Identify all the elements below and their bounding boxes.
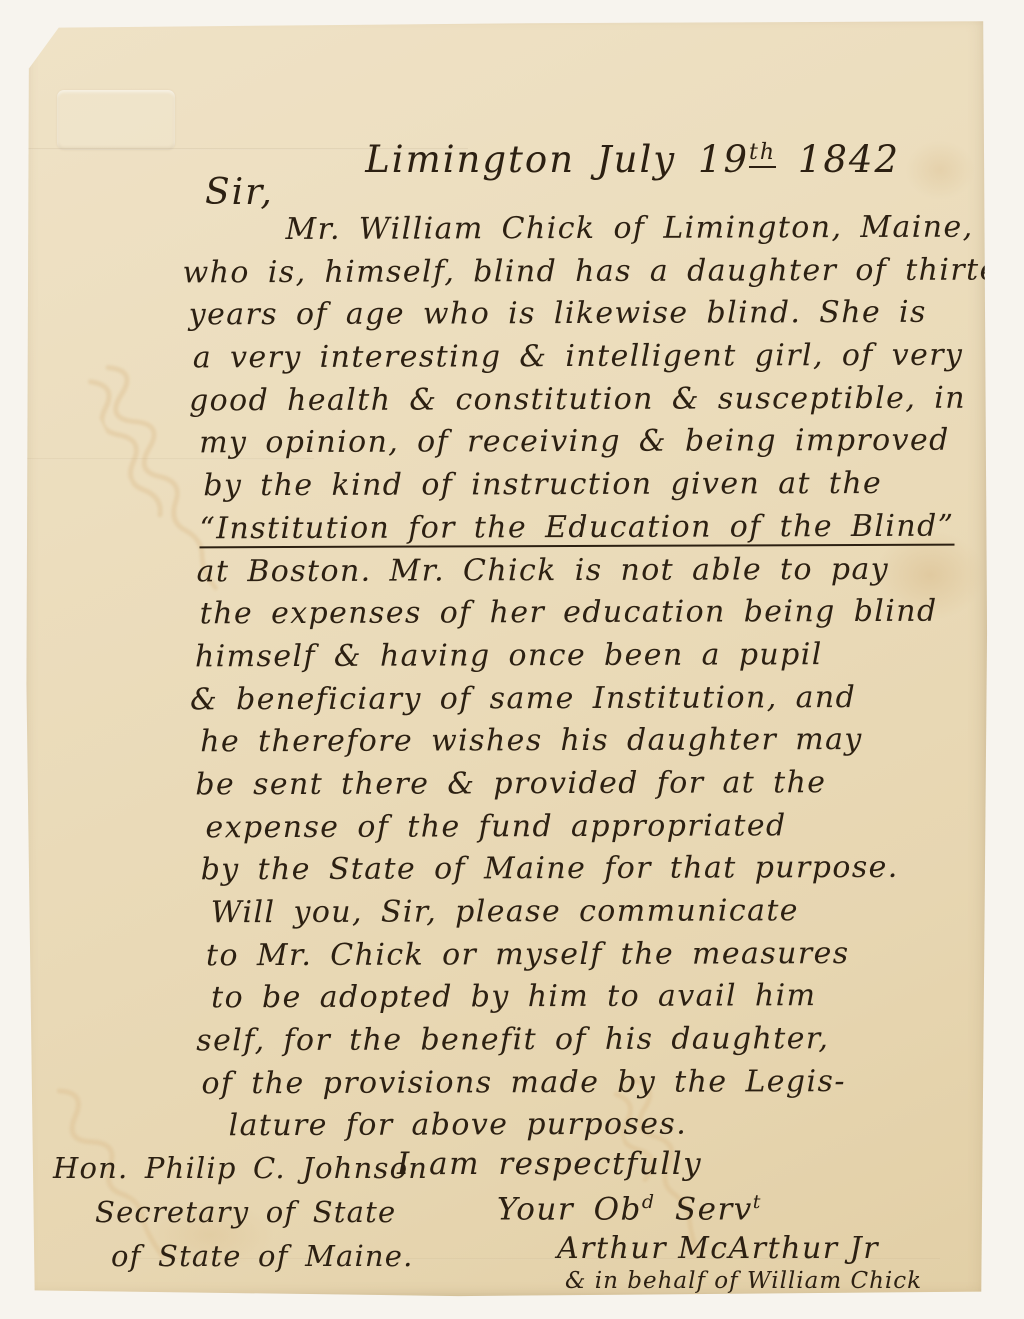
handwritten-line: expense of the fund appropriated [162, 804, 990, 850]
handwritten-line: Will you, Sir, please communicate [163, 890, 991, 936]
handwritten-line: who is, himself, blind has a daughter of… [161, 249, 989, 295]
handwritten-line: years of age who is likewise blind. She … [161, 292, 989, 338]
closing-block: I am respectfully Your Obd Servt Arthur … [397, 1146, 922, 1294]
recipient-address-block: Hon. Philip C. Johnson Secretary of Stat… [53, 1146, 428, 1278]
dateline-year: 1842 [776, 138, 900, 181]
handwritten-line: himself & having once been a pupil [162, 633, 990, 679]
letter-paper: Limington July 19th 1842 Sir, Mr. Willia… [25, 20, 988, 1298]
embossed-stamp [57, 90, 175, 150]
closing-sup-t: t [753, 1191, 762, 1213]
closing-sup-d: d [642, 1191, 656, 1213]
handwritten-line: the expenses of her education being blin… [162, 591, 990, 637]
handwritten-line: he therefore wishes his daughter may [162, 719, 990, 765]
dateline-place-date: Limington July 19 [365, 138, 749, 181]
handwritten-line: & beneficiary of same Institution, and [162, 676, 990, 722]
handwritten-line: lature for above purposes. [163, 1103, 991, 1149]
signature-note: & in behalf of William Chick [397, 1268, 922, 1294]
signature: Arthur McArthur Jr [397, 1231, 922, 1266]
handwritten-line: a very interesting & intelligent girl, o… [161, 335, 989, 381]
closing-serv: Serv [656, 1191, 753, 1227]
handwritten-line: by the kind of instruction given at the [161, 463, 989, 509]
handwritten-line: self, for the benefit of his daughter, [163, 1018, 991, 1064]
handwritten-line: “Institution for the Education of the Bl… [161, 505, 989, 551]
handwritten-line: at Boston. Mr. Chick is not able to pay [162, 548, 990, 594]
ink-bleed-through [1017, 102, 1024, 527]
dateline-superscript: th [749, 140, 776, 168]
letter-body: Mr. William Chick of Limington, Maine,wh… [160, 207, 991, 1149]
letter-dateline: Limington July 19th 1842 [365, 138, 900, 181]
handwritten-line: my opinion, of receiving & being improve… [161, 420, 989, 466]
handwritten-line: be sent there & provided for at the [162, 761, 990, 807]
handwritten-line: good health & constitution & susceptible… [161, 377, 989, 423]
paper-stain [905, 140, 975, 200]
closing-your-ob: Your Ob [497, 1191, 642, 1227]
scanned-letter: Limington July 19th 1842 Sir, Mr. Willia… [0, 0, 1024, 1319]
handwritten-line: by the State of Maine for that purpose. [163, 847, 991, 893]
handwritten-line: to Mr. Chick or myself the measures [163, 932, 991, 978]
handwritten-line: of the provisions made by the Legis- [163, 1060, 991, 1106]
recipient-state: of State of Maine. [53, 1234, 428, 1278]
closing-servant: Your Obd Servt [397, 1191, 922, 1227]
recipient-title: Secretary of State [53, 1190, 428, 1234]
handwritten-line: Mr. William Chick of Limington, Maine, [160, 207, 988, 253]
recipient-name: Hon. Philip C. Johnson [53, 1146, 428, 1190]
handwritten-line: to be adopted by him to avail him [163, 975, 991, 1021]
closing-respectfully: I am respectfully [397, 1146, 922, 1182]
letter-salutation: Sir, [205, 172, 274, 213]
